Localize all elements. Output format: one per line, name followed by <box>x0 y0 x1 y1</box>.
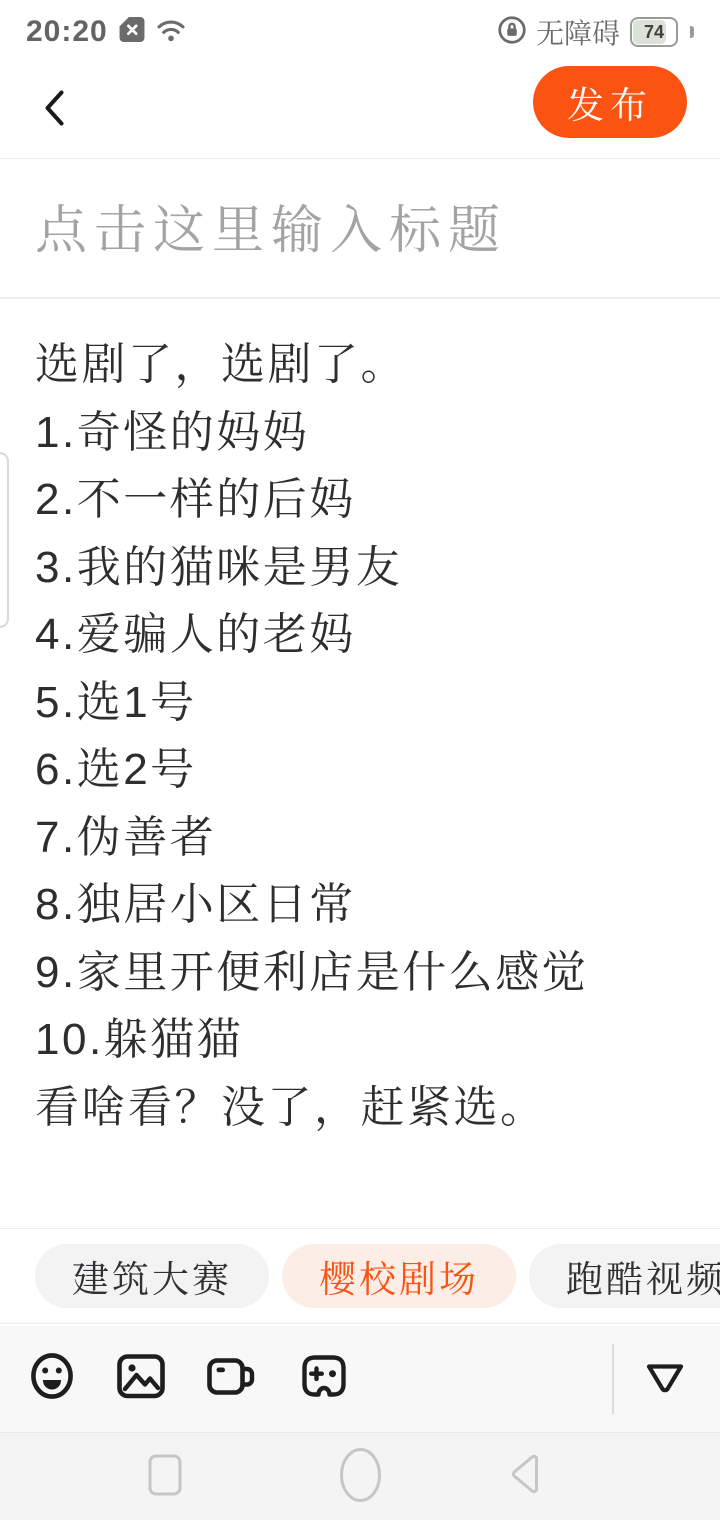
body-text-editor[interactable]: 选剧了，选剧了。 1.奇怪的妈妈 2.不一样的后妈 3.我的猫咪是男友 4.爱骗… <box>35 331 695 1141</box>
emoji-icon <box>29 1352 75 1405</box>
title-divider <box>0 297 720 299</box>
body-line: 1.奇怪的妈妈 <box>35 399 695 467</box>
body-line: 10.躲猫猫 <box>35 1006 695 1074</box>
accessibility-lock-icon <box>498 16 526 49</box>
video-icon <box>207 1354 259 1404</box>
body-line: 3.我的猫咪是男友 <box>35 534 695 602</box>
header: 发布 <box>0 64 720 158</box>
insert-image-button[interactable] <box>117 1354 165 1404</box>
editor-toolbar <box>0 1326 720 1432</box>
accessibility-label: 无障碍 <box>536 12 620 52</box>
home-circle-icon <box>340 1489 381 1506</box>
back-chevron-icon <box>42 88 66 133</box>
body-line: 9.家里开便利店是什么感觉 <box>35 939 695 1007</box>
body-line: 选剧了，选剧了。 <box>35 331 695 399</box>
post-editor-screen: 20:20 无障碍 74 发布 <box>0 0 720 1520</box>
back-triangle-icon <box>508 1482 542 1499</box>
body-line: 8.独居小区日常 <box>35 871 695 939</box>
nav-recents-button[interactable] <box>148 1454 182 1501</box>
sim-missing-icon <box>118 16 146 48</box>
nav-back-button[interactable] <box>508 1453 542 1500</box>
body-line: 4.爱骗人的老妈 <box>35 601 695 669</box>
body-line: 2.不一样的后妈 <box>35 466 695 534</box>
emoji-button[interactable] <box>29 1352 75 1405</box>
publish-button[interactable]: 发布 <box>533 66 687 138</box>
battery-percent: 74 <box>644 22 664 43</box>
insert-video-button[interactable] <box>207 1354 259 1404</box>
body-line: 看啥看？没了，赶紧选。 <box>35 1074 695 1142</box>
back-button[interactable] <box>30 80 78 140</box>
collapse-keyboard-button[interactable] <box>643 1362 687 1402</box>
title-input[interactable]: 点击这里输入标题 <box>35 186 685 276</box>
tag-chip-jianzhudasai[interactable]: 建筑大赛 <box>35 1244 269 1308</box>
tag-chip-row: 建筑大赛 樱校剧场 跑酷视频 <box>0 1228 720 1324</box>
header-divider <box>0 158 720 160</box>
gamepad-icon <box>301 1354 347 1404</box>
body-line: 6.选2号 <box>35 736 695 804</box>
collapse-triangle-icon <box>643 1384 687 1401</box>
tag-chip-yingxiaojuchang[interactable]: 樱校剧场 <box>282 1244 516 1308</box>
image-icon <box>117 1354 165 1404</box>
toolbar-divider <box>612 1344 614 1414</box>
clock: 20:20 <box>26 15 108 49</box>
body-line: 7.伪善者 <box>35 804 695 872</box>
battery-indicator: 74 <box>630 17 678 47</box>
android-nav-bar <box>0 1432 720 1520</box>
status-bar: 20:20 无障碍 74 <box>0 0 720 64</box>
wifi-icon <box>156 17 186 47</box>
scroll-indicator[interactable] <box>0 452 9 628</box>
insert-game-button[interactable] <box>301 1354 347 1404</box>
recents-square-icon <box>148 1483 182 1500</box>
nav-home-button[interactable] <box>340 1448 381 1507</box>
body-line: 5.选1号 <box>35 669 695 737</box>
tag-chip-paokushipin[interactable]: 跑酷视频 <box>529 1244 720 1308</box>
battery-nub <box>690 26 694 38</box>
